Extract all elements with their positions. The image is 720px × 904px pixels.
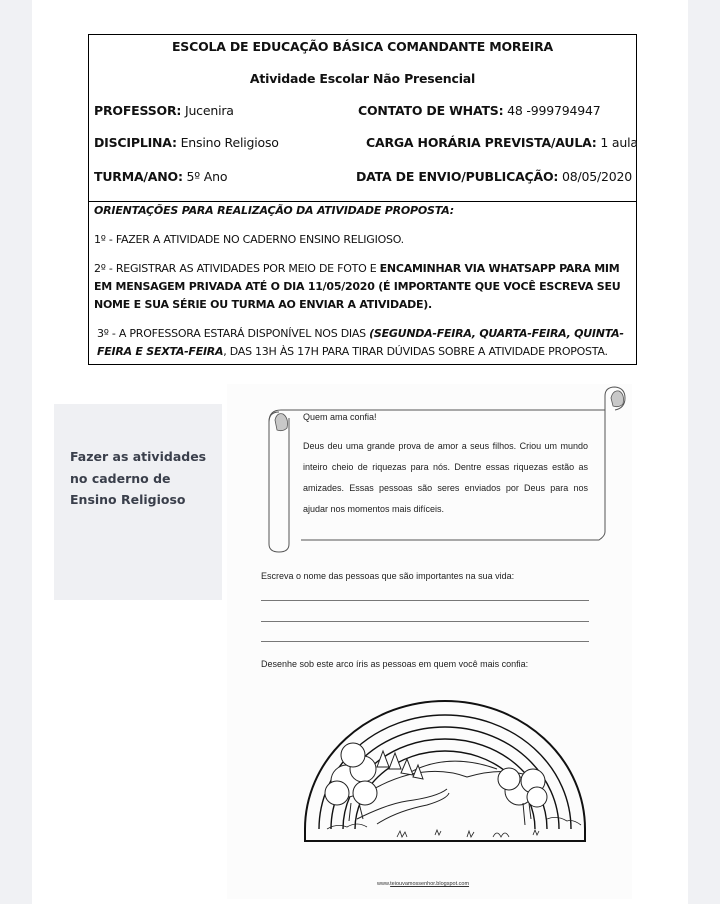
rainbow-landscape-icon bbox=[297, 689, 597, 849]
source-prefix: www. bbox=[377, 881, 390, 887]
draw-prompt: Desenhe sob este arco íris as pessoas em… bbox=[261, 659, 528, 669]
class-value: 5º Ano bbox=[187, 169, 228, 184]
header-section: ESCOLA DE EDUCAÇÃO BÁSICA COMANDANTE MOR… bbox=[89, 35, 636, 202]
class-field: TURMA/ANO: 5º Ano bbox=[94, 169, 227, 184]
worksheet-image: Quem ama confia! Deus deu uma grande pro… bbox=[227, 384, 632, 899]
scroll-title: Quem ama confia! bbox=[303, 412, 377, 422]
school-name: ESCOLA DE EDUCAÇÃO BÁSICA COMANDANTE MOR… bbox=[89, 39, 636, 54]
orientation-item-3-hours: , DAS 13H ÀS 17H PARA TIRAR DÚVIDAS SOBR… bbox=[223, 345, 607, 358]
professor-label: PROFESSOR: bbox=[94, 103, 181, 118]
professor-field: PROFESSOR: Jucenira bbox=[94, 103, 234, 118]
professor-value: Jucenira bbox=[185, 103, 234, 118]
orientation-item-3-text: 3º - A PROFESSORA ESTARÁ DISPONÍVEL NOS … bbox=[97, 327, 369, 340]
source-url[interactable]: teiouvamossenhor.blogspot.com bbox=[390, 881, 469, 887]
document-page: ESCOLA DE EDUCAÇÃO BÁSICA COMANDANTE MOR… bbox=[32, 0, 688, 904]
orientations-title: ORIENTAÇÕES PARA REALIZAÇÃO DA ATIVIDADE… bbox=[94, 204, 454, 217]
workload-value: 1 aula bbox=[600, 135, 637, 150]
answer-line-1[interactable] bbox=[261, 600, 589, 601]
contact-value: 48 -999794947 bbox=[507, 103, 600, 118]
orientation-item-1: 1º - FAZER A ATIVIDADE NO CADERNO ENSINO… bbox=[94, 231, 634, 249]
activity-type: Atividade Escolar Não Presencial bbox=[89, 71, 636, 86]
side-note-panel: Fazer as atividades no caderno de Ensino… bbox=[54, 404, 222, 600]
date-label: DATA DE ENVIO/PUBLICAÇÃO: bbox=[356, 169, 558, 184]
orientation-item-2: 2º - REGISTRAR AS ATIVIDADES POR MEIO DE… bbox=[94, 260, 634, 314]
answer-line-2[interactable] bbox=[261, 621, 589, 622]
contact-field: CONTATO DE WHATS: 48 -999794947 bbox=[358, 103, 601, 118]
discipline-field: DISCIPLINA: Ensino Religioso bbox=[94, 135, 279, 150]
side-note-text: Fazer as atividades no caderno de Ensino… bbox=[70, 446, 220, 511]
scroll-text: Deus deu uma grande prova de amor a seus… bbox=[303, 436, 588, 520]
orientation-item-3: 3º - A PROFESSORA ESTARÁ DISPONÍVEL NOS … bbox=[97, 325, 637, 361]
date-value: 08/05/2020 bbox=[562, 169, 632, 184]
answer-line-3[interactable] bbox=[261, 641, 589, 642]
discipline-label: DISCIPLINA: bbox=[94, 135, 177, 150]
names-prompt: Escreva o nome das pessoas que são impor… bbox=[261, 571, 514, 581]
activity-info-box: ESCOLA DE EDUCAÇÃO BÁSICA COMANDANTE MOR… bbox=[88, 34, 637, 365]
workload-field: CARGA HORÁRIA PREVISTA/AULA: 1 aula bbox=[366, 135, 638, 150]
class-label: TURMA/ANO: bbox=[94, 169, 183, 184]
workload-label: CARGA HORÁRIA PREVISTA/AULA: bbox=[366, 135, 597, 150]
contact-label: CONTATO DE WHATS: bbox=[358, 103, 503, 118]
source-link[interactable]: www.teiouvamossenhor.blogspot.com bbox=[377, 881, 469, 887]
date-field: DATA DE ENVIO/PUBLICAÇÃO: 08/05/2020 bbox=[356, 169, 632, 184]
orientation-item-2-text: 2º - REGISTRAR AS ATIVIDADES POR MEIO DE… bbox=[94, 262, 380, 275]
discipline-value: Ensino Religioso bbox=[181, 135, 279, 150]
